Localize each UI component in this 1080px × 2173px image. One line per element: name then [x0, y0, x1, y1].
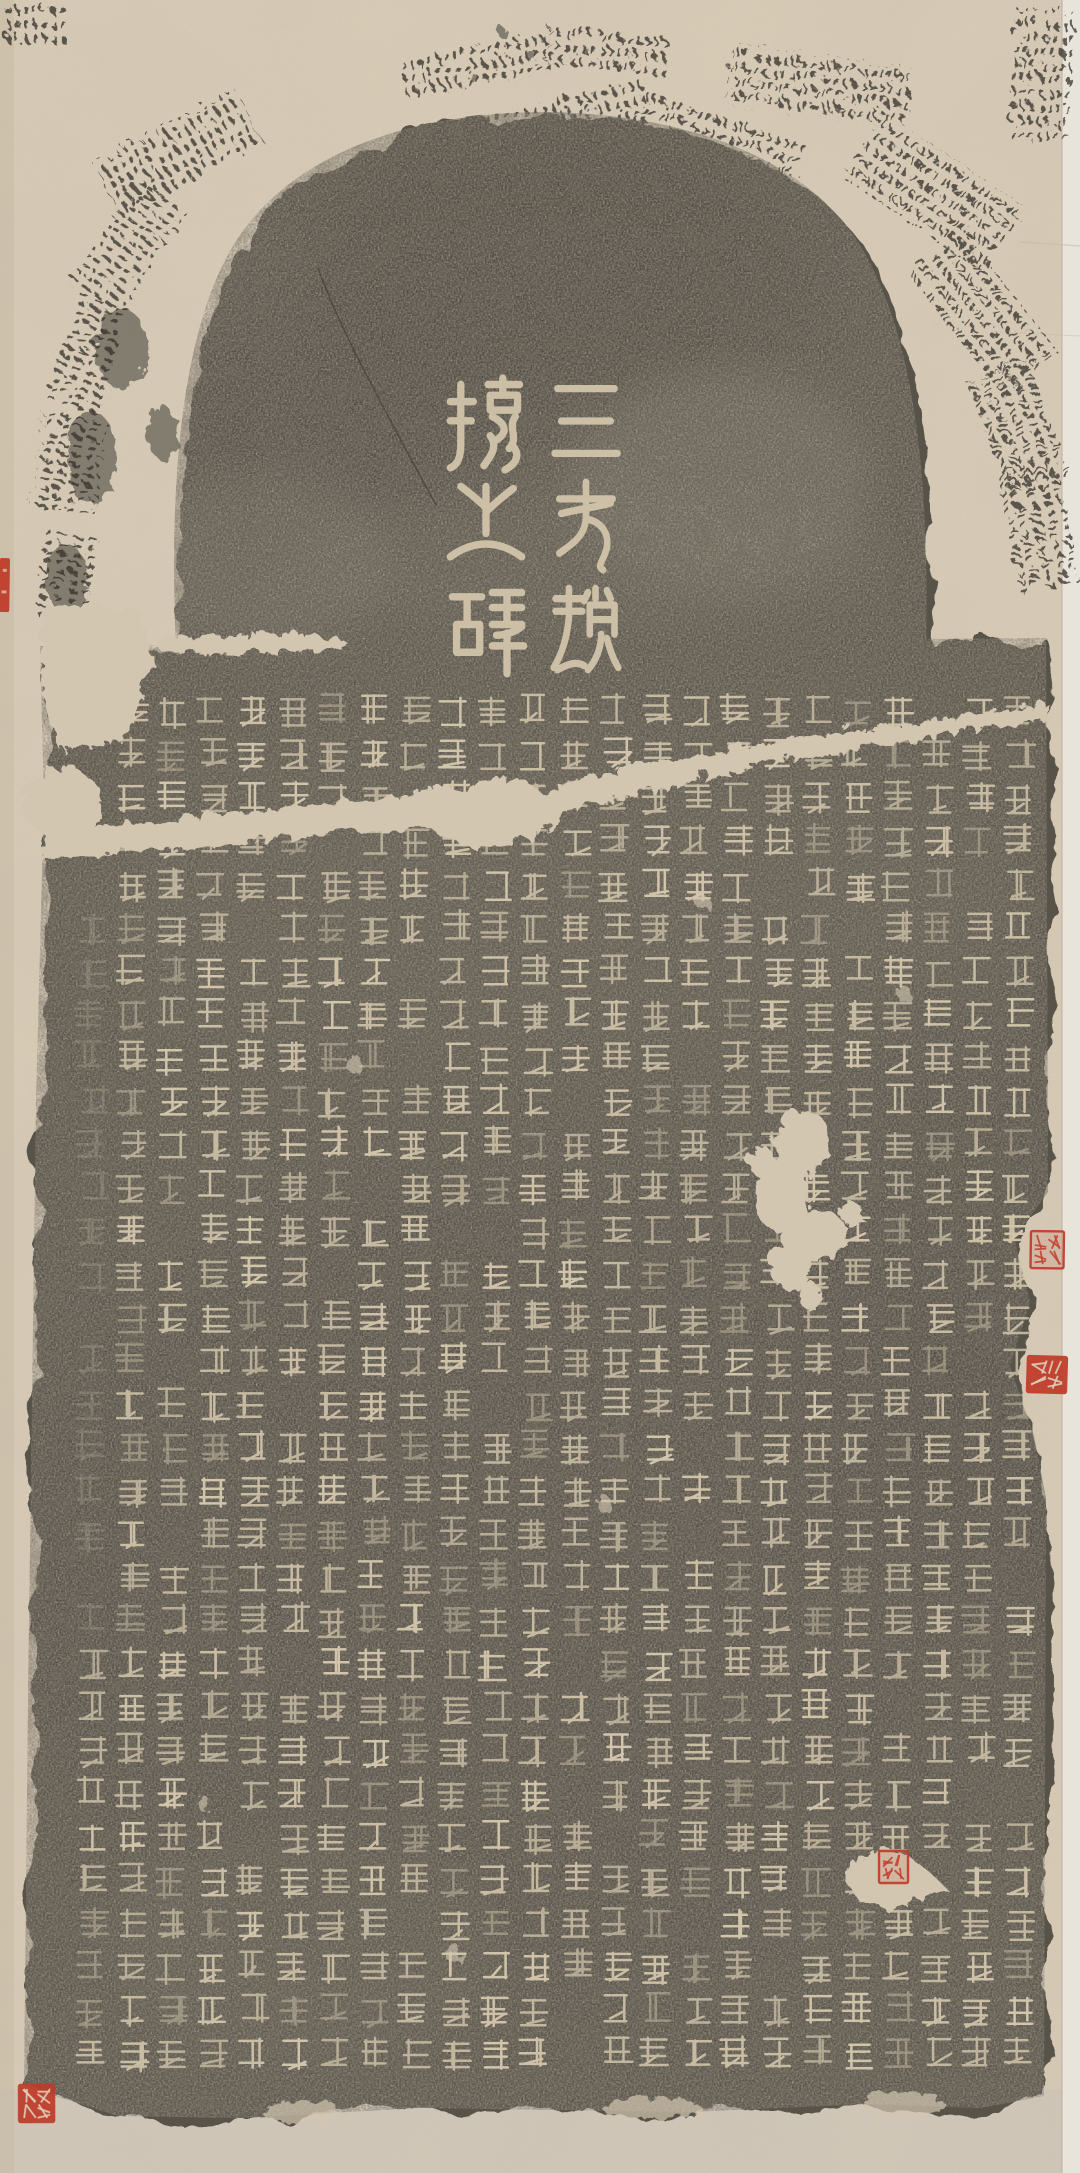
seal-bottom-left [19, 2085, 54, 2122]
paper-right-edge-strip [1062, 0, 1080, 2173]
inscription-character-cell [766, 825, 793, 854]
paper-left-edge-shade [0, 0, 14, 2173]
seal-on-damage-patch [879, 1851, 908, 1883]
stele-rubbing-photo [0, 0, 1080, 2173]
seal-left-edge-fragment [0, 558, 10, 612]
inscription-character-cell [563, 1303, 588, 1332]
inscription-character-cell [281, 1997, 307, 2025]
seal-right-margin-lower [1027, 1356, 1067, 1393]
seal-right-margin-upper [1030, 1231, 1064, 1268]
inscription-character-cell [159, 1909, 184, 1937]
inscription-character-cell [846, 1781, 872, 1809]
rubbing-artwork [0, 0, 1080, 2173]
